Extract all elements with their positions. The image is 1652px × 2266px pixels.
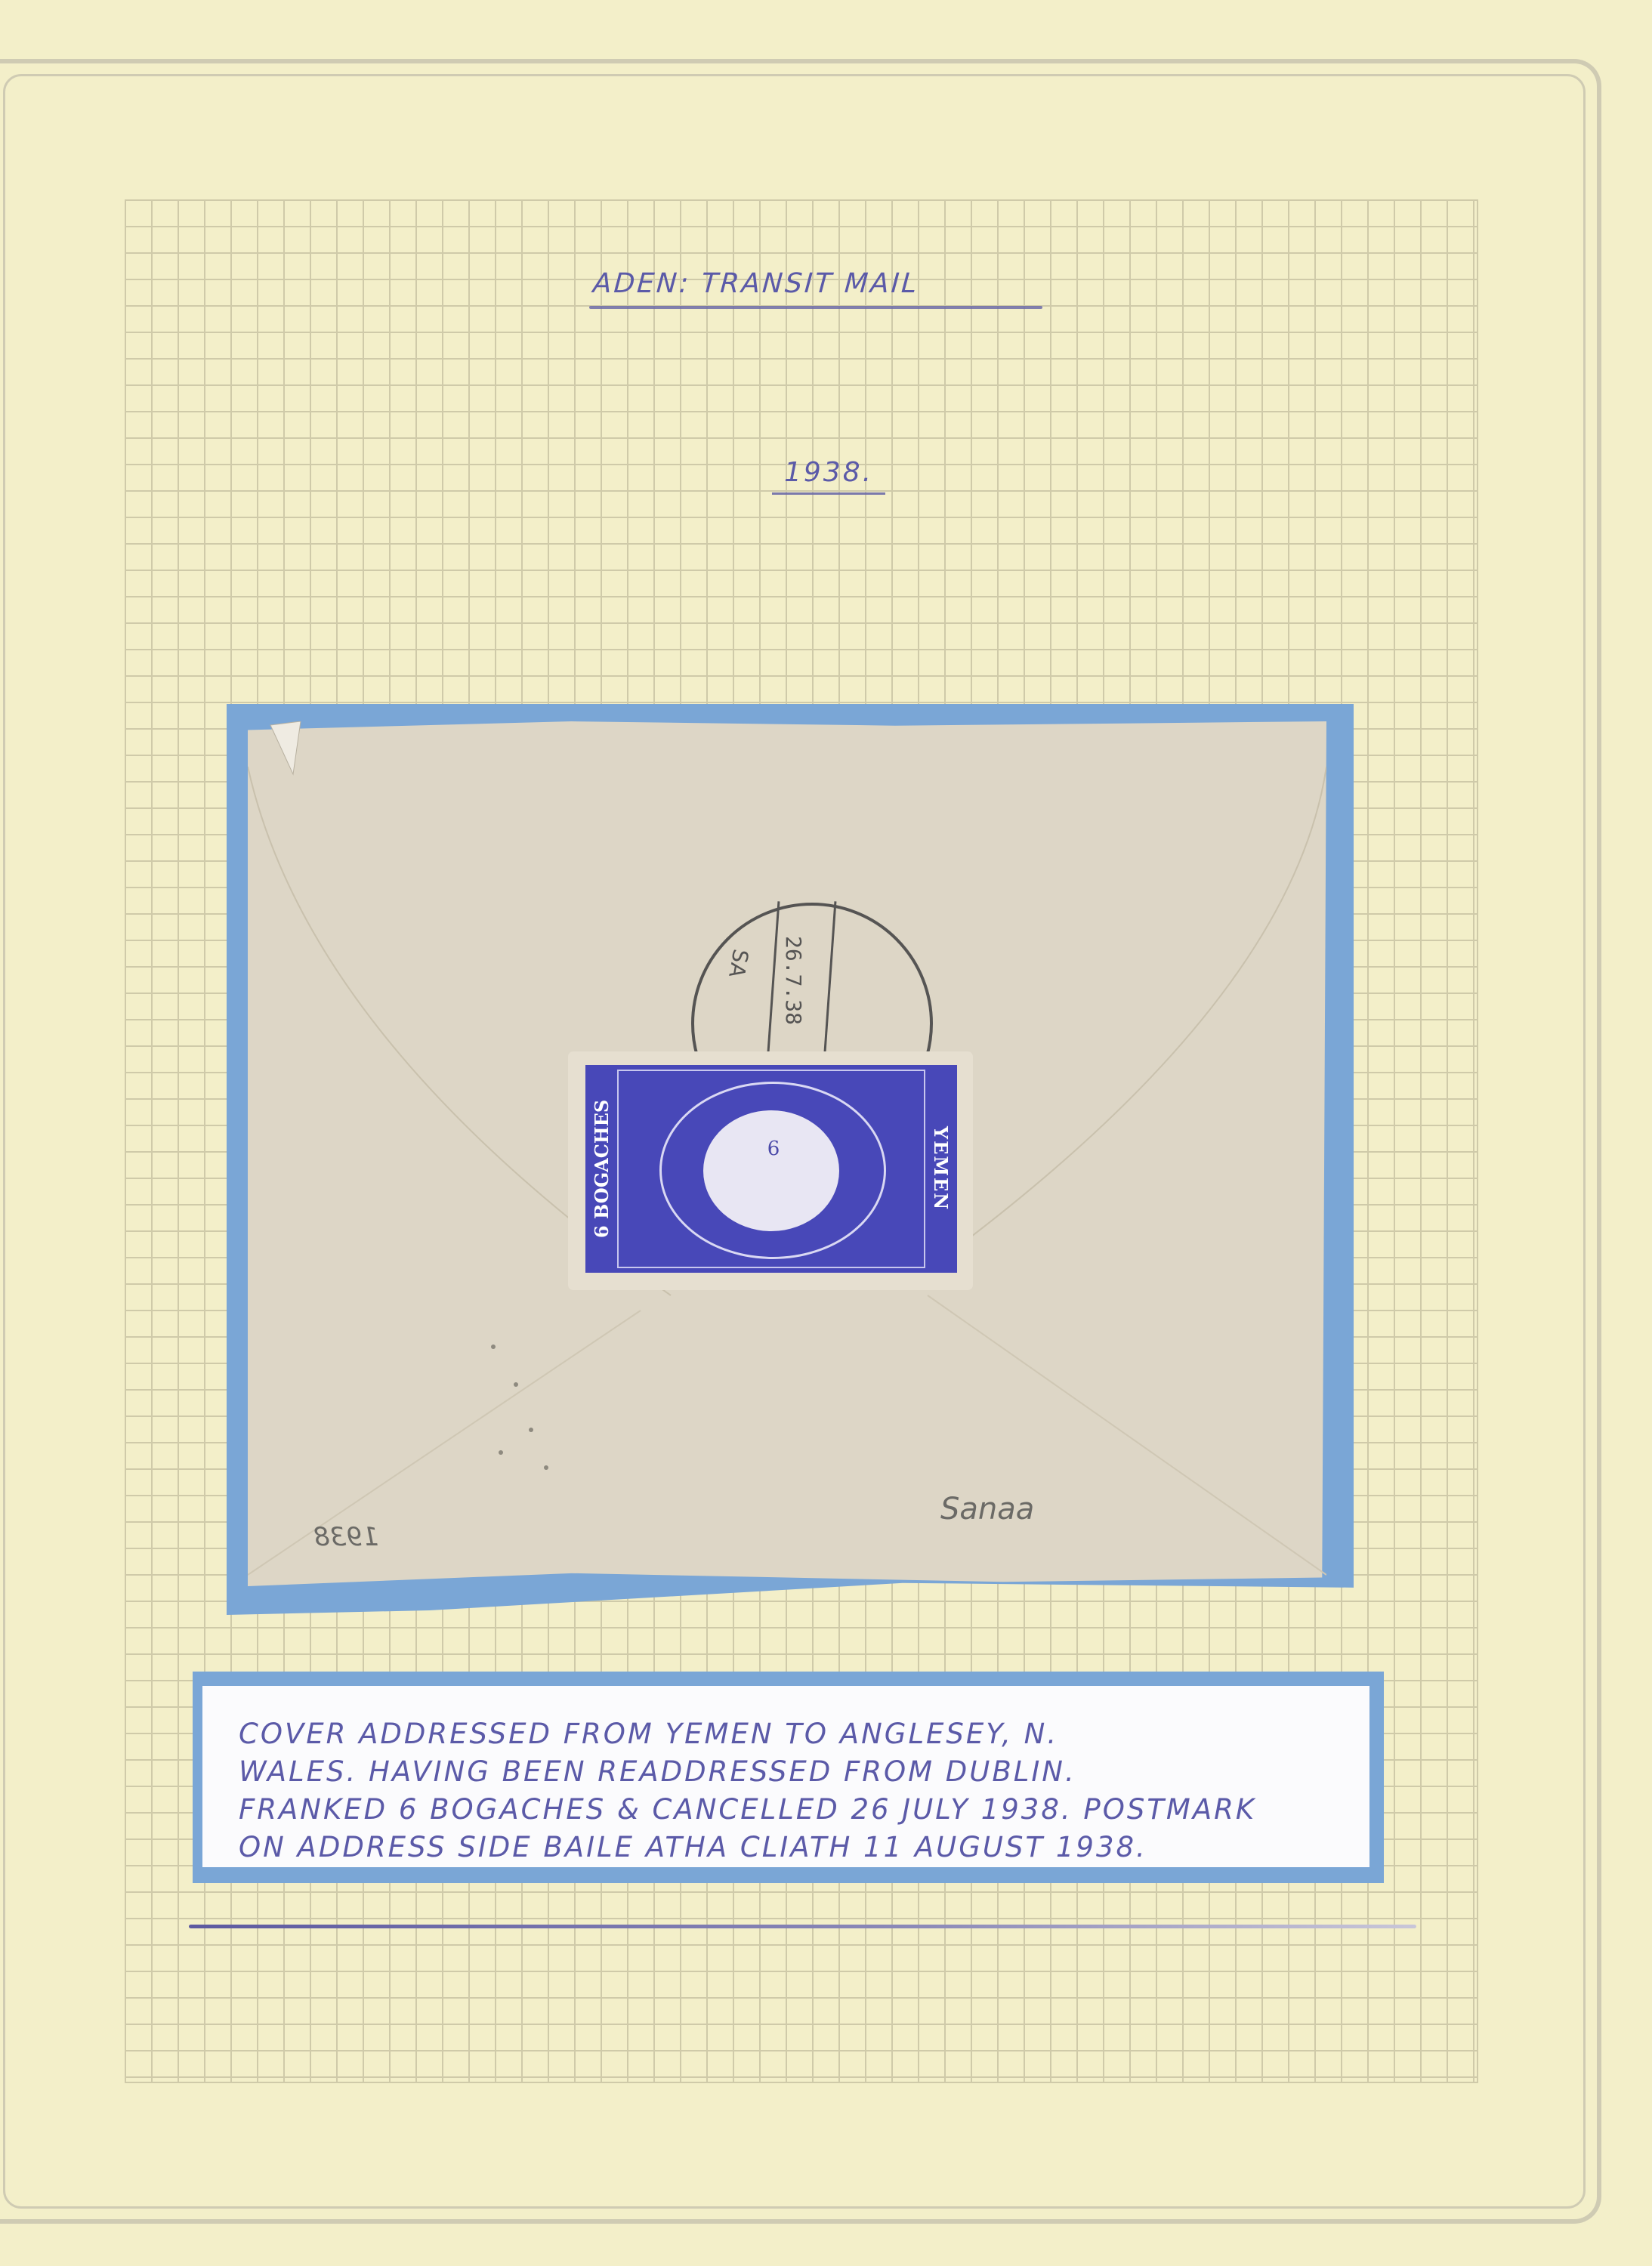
stamp-seal [703, 1110, 839, 1231]
page-year: 1938. [784, 457, 873, 488]
postmark-city: SA [724, 947, 753, 980]
yemen-stamp: 6 BOGACHES 6 YEMEN [585, 1065, 957, 1273]
title-underline [589, 306, 1042, 309]
ink-speck [499, 1450, 503, 1455]
ink-speck [544, 1465, 548, 1470]
caption-line: FRANKED 6 BOGACHES & CANCELLED 26 JULY 1… [239, 1793, 1256, 1826]
page-title: ADEN: TRANSIT MAIL [592, 268, 920, 299]
ink-speck [514, 1382, 518, 1387]
caption-card: COVER ADDRESSED FROM YEMEN TO ANGLESEY, … [202, 1686, 1369, 1867]
stamp-denomination: 6 BOGACHES [588, 1073, 616, 1265]
pencil-note-year: 1938 [313, 1522, 379, 1552]
year-underline [772, 492, 885, 495]
caption-line: COVER ADDRESSED FROM YEMEN TO ANGLESEY, … [239, 1718, 1058, 1750]
stamp-center-numeral: 6 [724, 1138, 823, 1160]
postmark-date: 26.7.38 [781, 936, 806, 1025]
pen-rule-line [189, 1925, 1416, 1928]
stamp-frame: 6 [617, 1070, 925, 1268]
stamp-country: YEMEN [927, 1073, 954, 1265]
caption-line: ON ADDRESS SIDE BAILE ATHA CLIATH 11 AUG… [239, 1831, 1147, 1863]
caption-line: WALES. HAVING BEEN READDRESSED FROM DUBL… [239, 1755, 1076, 1788]
ink-speck [491, 1344, 496, 1349]
pencil-note-origin: Sanaa [940, 1492, 1034, 1527]
ink-speck [529, 1428, 533, 1432]
